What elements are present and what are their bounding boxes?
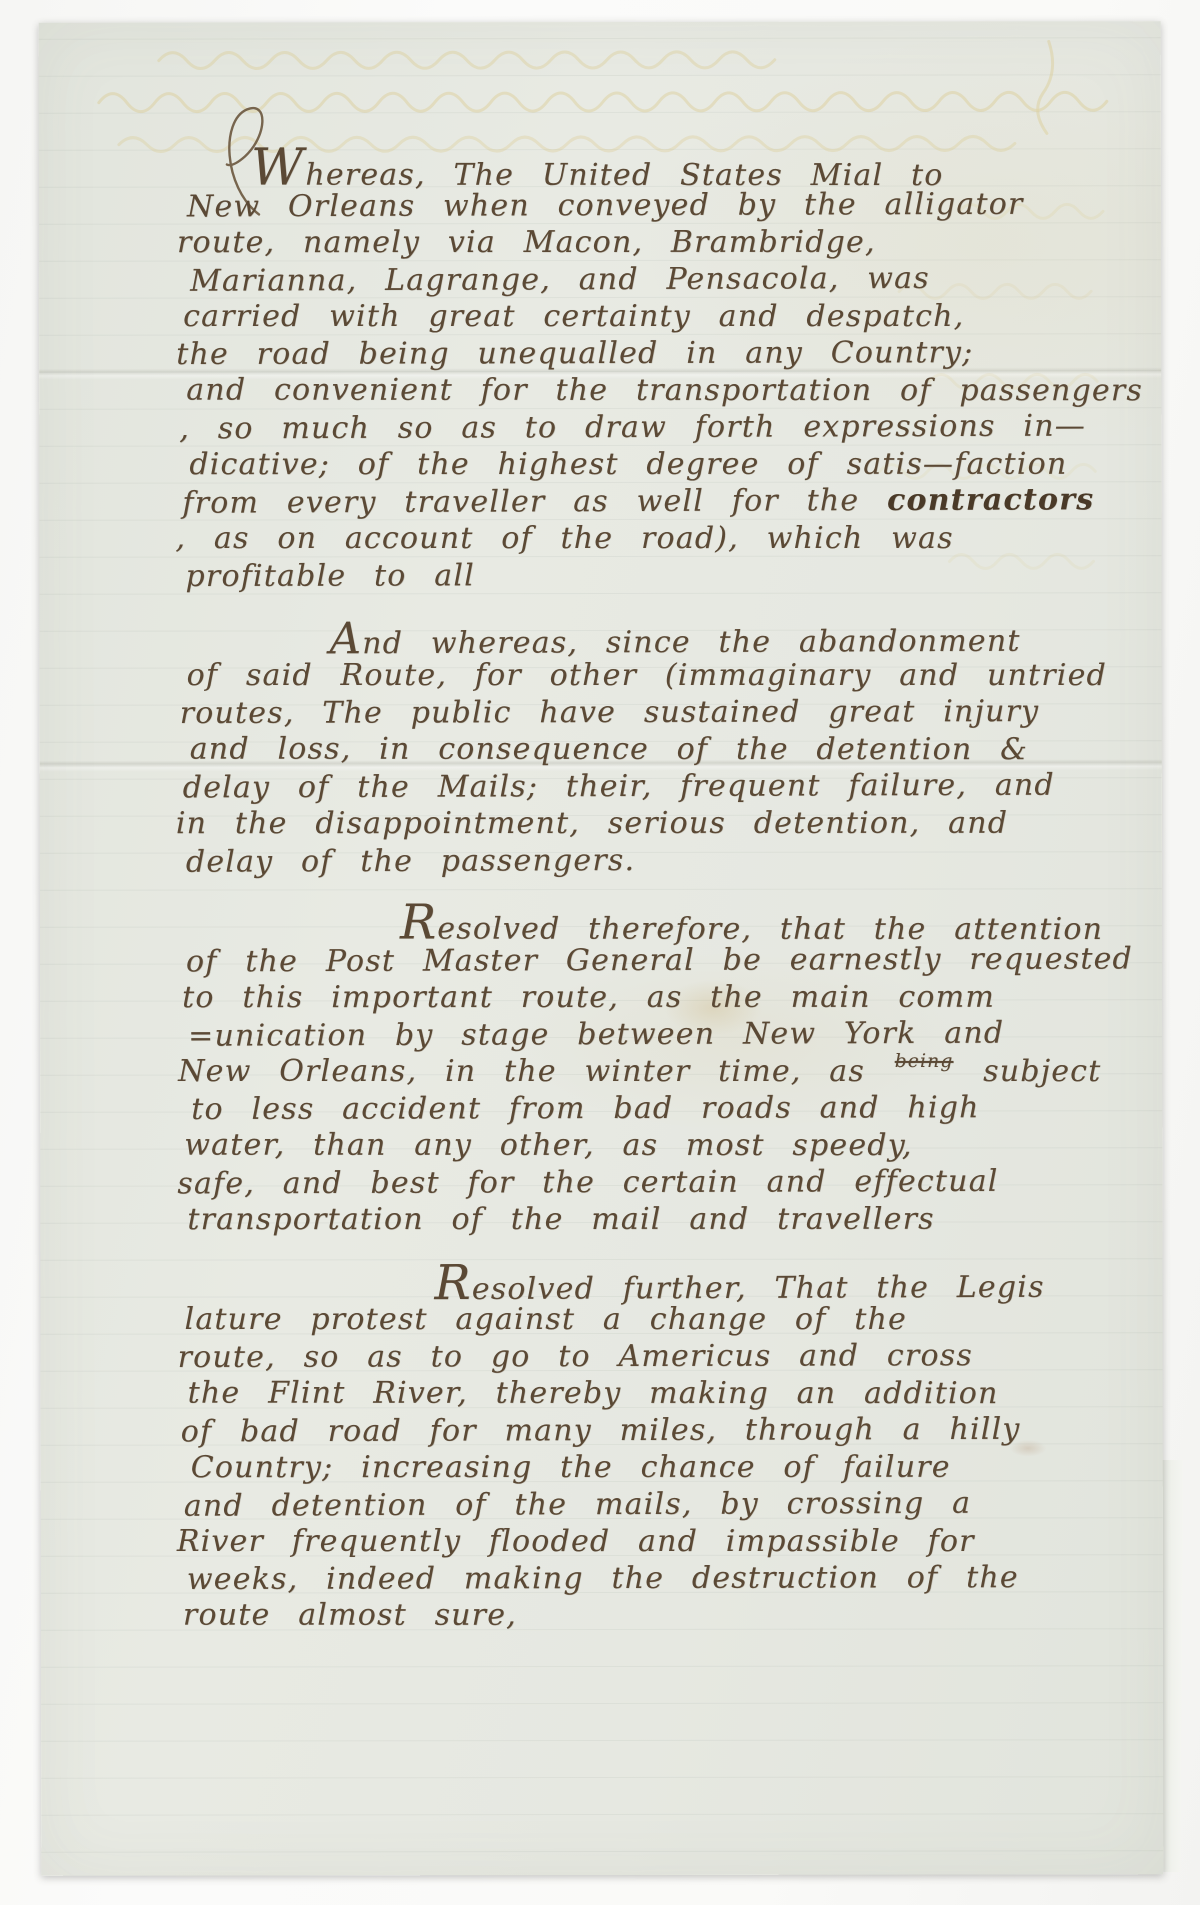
text-line: weeks, indeed making the destruction of … <box>187 1559 1143 1598</box>
text-line: And whereas, since the abandonment <box>329 618 1141 658</box>
text-line: lature protest against a change of the <box>185 1301 1143 1338</box>
text-line: of said Route, for other (immaginary and… <box>187 657 1142 694</box>
text-line: Country; increasing the chance of failur… <box>191 1449 1143 1486</box>
text-line: delay of the passengers. <box>186 840 1142 881</box>
text-line: safe, and best for the certain and effec… <box>177 1162 1142 1202</box>
text-line: , as on account of the road), which was <box>175 520 1141 557</box>
text-line: dicative; of the highest degree of satis… <box>189 446 1141 483</box>
text-line: River frequently flooded and impassible … <box>177 1523 1143 1560</box>
text-line: New Orleans when conveyed by the alligat… <box>187 185 1141 225</box>
text-line: from every traveller as well for the con… <box>182 481 1141 522</box>
manuscript-page: Whereas, The United States Mial toNew Or… <box>39 21 1164 1876</box>
text-line: Resolved therefore, that the attention <box>400 905 1142 943</box>
manuscript-text: Whereas, The United States Mial toNew Or… <box>39 21 1163 1635</box>
text-line: route almost sure, <box>183 1597 1143 1635</box>
text-line: carried with great certainty and despatc… <box>183 298 1141 335</box>
text-line: and loss, in consequence of the detentio… <box>190 731 1142 769</box>
text-line: , so much so as to draw forth expression… <box>179 407 1141 447</box>
paragraph-whereas-second: And whereas, since the abandonmentof sai… <box>182 619 1142 879</box>
text-line: of the Post Master General be earnestly … <box>186 940 1142 980</box>
text-line: and convenient for the transportation of… <box>186 372 1141 410</box>
text-line: delay of the Mails; their, frequent fail… <box>183 766 1142 806</box>
text-line: route, namely via Macon, Brambridge, <box>177 224 1141 262</box>
text-line: water, than any other, as most speedy, <box>184 1127 1142 1165</box>
overwritten-word: contractors <box>887 482 1094 518</box>
text-line: in the disappointment, serious detention… <box>176 805 1142 843</box>
text-line: to less accident from bad roads and high <box>191 1089 1142 1128</box>
text-line: route, so as to go to Americus and cross <box>178 1337 1143 1376</box>
text-line: Whereas, The United States Mial to <box>251 150 1141 188</box>
text-line: New Orleans, in the winter time, as bein… <box>178 1053 1142 1090</box>
text-line: =unication by stage between New York and <box>188 1014 1142 1055</box>
text-line: profitable to all <box>185 556 1141 595</box>
text-line: Resolved further, That the Legis <box>434 1262 1142 1302</box>
text-line: of bad road for many miles, through a hi… <box>181 1410 1143 1450</box>
text-line: the Flint River, thereby making an addit… <box>188 1375 1143 1413</box>
paragraph-resolved-further: Resolved further, That the Legislature p… <box>182 1263 1143 1634</box>
paragraph-whereas-first: Whereas, The United States Mial toNew Or… <box>181 149 1142 594</box>
paragraph-resolved-first: Resolved therefore, that the attentionof… <box>182 904 1142 1238</box>
text-line: to this important route, as the main com… <box>182 979 1142 1017</box>
text-line: transportation of the mail and traveller… <box>187 1201 1142 1238</box>
text-line: routes, The public have sustained great … <box>180 693 1142 732</box>
text-line: Marianna, Lagrange, and Pensacola, was <box>190 259 1141 300</box>
text-line: and detention of the mails, by crossing … <box>184 1484 1143 1525</box>
text-line: the road being unequalled in any Country… <box>176 334 1141 373</box>
